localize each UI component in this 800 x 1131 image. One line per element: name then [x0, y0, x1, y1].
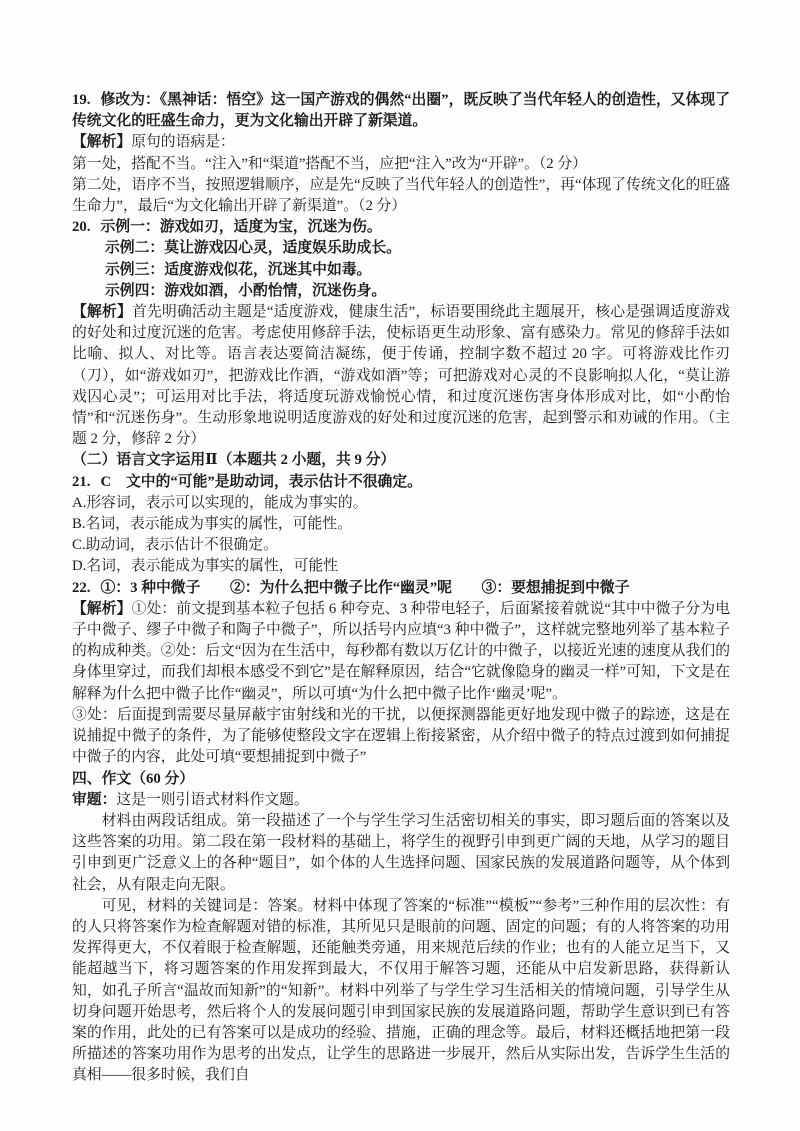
- q22-answer-text: ①：3 种中微子 ②：为什么把中微子比作“幽灵”呢 ③：要想捕捉到中微子: [101, 580, 630, 596]
- q21-number: 21.: [72, 474, 91, 490]
- q20-example-4: 示例四：游戏如酒，小酌怡情，沉迷伤身。: [72, 281, 730, 302]
- scanned-answer-key-page: 19.修改为：《黑神话：悟空》这一国产游戏的偶然“出圈”，既反映了当代年轻人的创…: [0, 0, 800, 1131]
- q21-option-c: C.助动词，表示估计不很确定。: [72, 535, 730, 556]
- essay-analysis-para-2: 可见，材料的关键词是：答案。材料中体现了答案的“标准”“模板”“参考”三种作用的…: [72, 896, 730, 1087]
- q21-option-a: A.形容词，表示可以实现的，能成为事实的。: [72, 493, 730, 514]
- essay-shenti-text: 这是一则引语式材料作文题。: [116, 792, 308, 808]
- q20-analysis-label: 【解析】: [72, 304, 132, 320]
- essay-analysis-para-1: 材料由两段话组成。第一段描述了一个与学生学习生活密切相关的事实，即习题后面的答案…: [72, 811, 730, 896]
- q19-answer: 19.修改为：《黑神话：悟空》这一国产游戏的偶然“出圈”，既反映了当代年轻人的创…: [72, 90, 730, 132]
- q22-answer: 22.①：3 种中微子 ②：为什么把中微子比作“幽灵”呢 ③：要想捕捉到中微子: [72, 578, 730, 599]
- q20-analysis: 【解析】首先明确活动主题是“适度游戏，健康生活”，标语要围绕此主题展开，核心是强…: [72, 302, 730, 450]
- section-heading-language-use-2: （二）语言文字运用Ⅱ（本题共 2 小题，共 9 分）: [72, 450, 730, 471]
- q19-analysis-point-1: 第一处，搭配不当。“注入”和“渠道”搭配不当，应把“注入”改为“开辟”。（2 分…: [72, 154, 730, 175]
- q22-analysis-1: 【解析】①处：前文提到基本粒子包括 6 种夸克、3 种带电轻子，后面紧接着就说“…: [72, 599, 730, 705]
- q21-option-b: B.名词，表示能成为事实的属性，可能性。: [72, 514, 730, 535]
- q22-number: 22.: [72, 580, 91, 596]
- q20-number: 20.: [72, 219, 91, 235]
- essay-section-heading: 四、作文（60 分）: [72, 769, 730, 790]
- q20-example-1: 20.示例一：游戏如刃，适度为宝，沉迷为伤。: [72, 217, 730, 238]
- q21-answer-text: C 文中的“可能”是助动词，表示估计不很确定。: [101, 474, 422, 490]
- q22-analysis-label: 【解析】: [72, 601, 132, 617]
- q19-analysis-intro-text: 原句的语病是：: [131, 134, 235, 150]
- essay-shenti: 审题：这是一则引语式材料作文题。: [72, 790, 730, 811]
- q22-analysis-1-text: ①处：前文提到基本粒子包括 6 种夸克、3 种带电轻子，后面紧接着就说“其中中微…: [72, 601, 730, 702]
- q21-option-d: D.名词，表示能成为事实的属性，可能性: [72, 556, 730, 577]
- q22-analysis-2: ③处：后面提到需要尽量屏蔽宇宙射线和光的干扰，以便探测器能更好地发现中微子的踪迹…: [72, 705, 730, 769]
- q19-analysis-intro: 【解析】原句的语病是：: [72, 132, 730, 153]
- q20-example-3: 示例三：适度游戏似花，沉迷其中如毒。: [72, 260, 730, 281]
- q19-analysis-label: 【解析】: [72, 134, 131, 150]
- q21-answer: 21.C 文中的“可能”是助动词，表示估计不很确定。: [72, 472, 730, 493]
- q20-analysis-text: 首先明确活动主题是“适度游戏，健康生活”，标语要围绕此主题展开，核心是强调适度游…: [72, 304, 730, 447]
- q20-example-1-text: 示例一：游戏如刃，适度为宝，沉迷为伤。: [101, 219, 382, 235]
- q19-number: 19.: [72, 92, 91, 108]
- essay-shenti-label: 审题：: [72, 792, 116, 808]
- q19-answer-text: 修改为：《黑神话：悟空》这一国产游戏的偶然“出圈”，既反映了当代年轻人的创造性，…: [72, 92, 730, 129]
- q20-example-2: 示例二：莫让游戏囚心灵，适度娱乐助成长。: [72, 238, 730, 259]
- q19-analysis-point-2: 第二处，语序不当，按照逻辑顺序，应是先“反映了当代年轻人的创造性”，再“体现了传…: [72, 175, 730, 217]
